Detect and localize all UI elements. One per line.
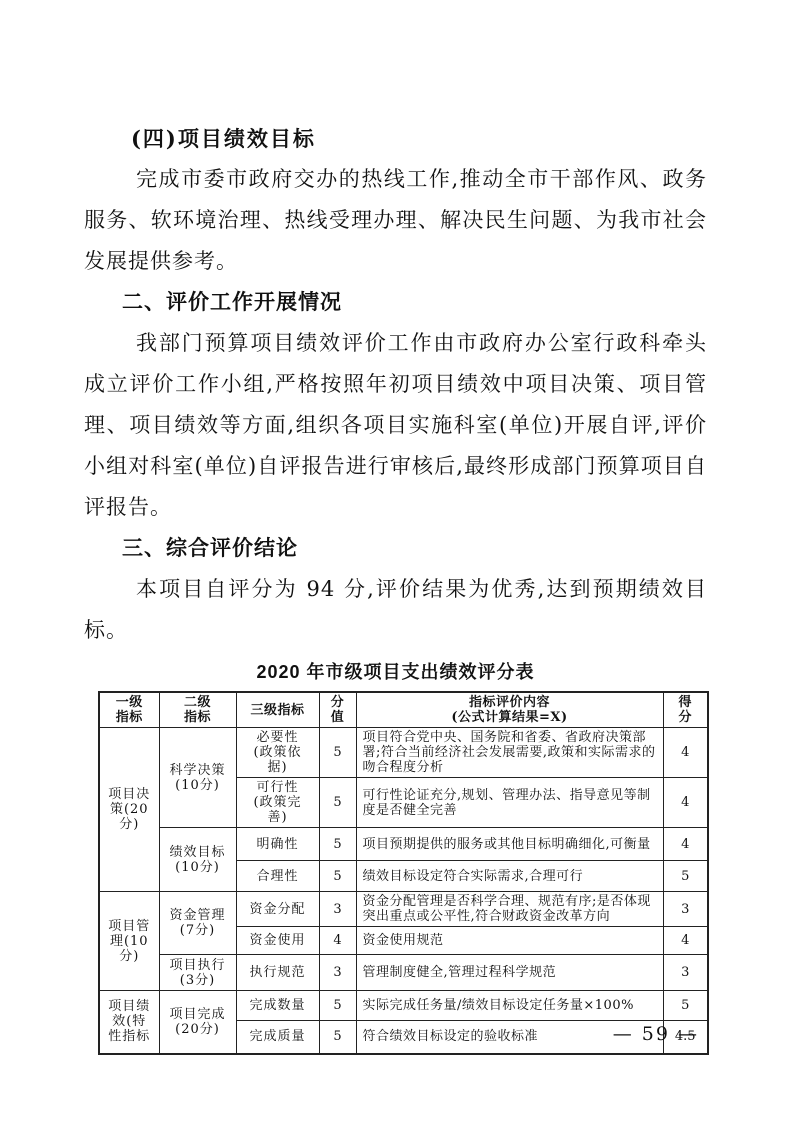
table-row: 项目管 理(10 分) 资金管理 (7分) 资金分配 3 资金分配管理是否科学合…	[99, 892, 708, 927]
value-cell: 5	[319, 728, 356, 778]
content-cell: 项目预期提供的服务或其他目标明确细化,可衡量	[356, 828, 663, 861]
indicator-cell: 完成数量	[236, 991, 319, 1021]
score-cell: 3	[663, 892, 708, 927]
content-cell: 实际完成任务量/绩效目标设定任务量×100%	[356, 991, 663, 1021]
table-header-row: 一级 指标 二级 指标 三级指标 分 值 指标评价内容 (公式计算结果=X) 得…	[99, 692, 708, 728]
level2-cell: 科学决策 (10分)	[159, 728, 236, 828]
table-row: 绩效目标 (10分) 明确性 5 项目预期提供的服务或其他目标明确细化,可衡量 …	[99, 828, 708, 861]
indicator-cell: 执行规范	[236, 955, 319, 991]
indicator-cell: 合理性	[236, 861, 319, 892]
level2-cell: 项目完成 (20分)	[159, 991, 236, 1054]
score-cell: 3	[663, 955, 708, 991]
indicator-cell: 必要性 (政策依 据)	[236, 728, 319, 778]
table-row: 项目决 策(20 分) 科学决策 (10分) 必要性 (政策依 据) 5 项目符…	[99, 728, 708, 778]
header-content: 指标评价内容 (公式计算结果=X)	[356, 692, 663, 728]
score-cell: 5	[663, 991, 708, 1021]
value-cell: 5	[319, 1021, 356, 1054]
level2-cell: 项目执行 (3分)	[159, 955, 236, 991]
value-cell: 3	[319, 955, 356, 991]
content-cell: 项目符合党中央、国务院和省委、省政府决策部署;符合当前经济社会发展需要,政策和实…	[356, 728, 663, 778]
score-cell: 4	[663, 778, 708, 828]
score-cell: 4	[663, 828, 708, 861]
value-cell: 5	[319, 778, 356, 828]
section-heading-project-goal: (四)项目绩效目标	[84, 118, 707, 159]
header-score: 得 分	[663, 692, 708, 728]
value-cell: 5	[319, 828, 356, 861]
score-cell: 5	[663, 861, 708, 892]
paragraph-evaluation-work: 我部门预算项目绩效评价工作由市政府办公室行政科牵头成立评价工作小组,严格按照年初…	[84, 323, 707, 528]
page-number: — 59 —	[613, 1022, 699, 1046]
level2-cell: 资金管理 (7分)	[159, 892, 236, 955]
value-cell: 5	[319, 861, 356, 892]
indicator-cell: 完成质量	[236, 1021, 319, 1054]
section-heading-conclusion: 三、综合评价结论	[84, 528, 707, 569]
value-cell: 5	[319, 991, 356, 1021]
indicator-cell: 资金使用	[236, 927, 319, 955]
content-cell: 资金分配管理是否科学合理、规范有序;是否体现突出重点或公平性,符合财政资金改革方…	[356, 892, 663, 927]
header-level3: 三级指标	[236, 692, 319, 728]
indicator-cell: 资金分配	[236, 892, 319, 927]
indicator-cell: 可行性 (政策完 善)	[236, 778, 319, 828]
level1-cell: 项目管 理(10 分)	[99, 892, 159, 991]
content-cell: 可行性论证充分,规划、管理办法、指导意见等制度是否健全完善	[356, 778, 663, 828]
score-cell: 4	[663, 927, 708, 955]
document-page: (四)项目绩效目标 完成市委市政府交办的热线工作,推动全市干部作风、政务服务、软…	[0, 0, 793, 1122]
value-cell: 3	[319, 892, 356, 927]
level2-cell: 绩效目标 (10分)	[159, 828, 236, 892]
score-cell: 4	[663, 728, 708, 778]
level1-cell: 项目决 策(20 分)	[99, 728, 159, 892]
section-heading-evaluation-work: 二、评价工作开展情况	[84, 282, 707, 323]
header-level2: 二级 指标	[159, 692, 236, 728]
table-row: 项目绩 效(特 性指标 项目完成 (20分) 完成数量 5 实际完成任务量/绩效…	[99, 991, 708, 1021]
value-cell: 4	[319, 927, 356, 955]
content-cell: 绩效目标设定符合实际需求,合理可行	[356, 861, 663, 892]
content-cell: 管理制度健全,管理过程科学规范	[356, 955, 663, 991]
table-title: 2020 年市级项目支出绩效评分表	[84, 657, 707, 687]
paragraph-conclusion: 本项目自评分为 94 分,评价结果为优秀,达到预期绩效目标。	[84, 569, 707, 651]
paragraph-project-goal: 完成市委市政府交办的热线工作,推动全市干部作风、政务服务、软环境治理、热线受理办…	[84, 159, 707, 282]
table-row: 项目执行 (3分) 执行规范 3 管理制度健全,管理过程科学规范 3	[99, 955, 708, 991]
score-table: 一级 指标 二级 指标 三级指标 分 值 指标评价内容 (公式计算结果=X) 得…	[98, 691, 709, 1055]
indicator-cell: 明确性	[236, 828, 319, 861]
header-level1: 一级 指标	[99, 692, 159, 728]
header-value: 分 值	[319, 692, 356, 728]
level1-cell: 项目绩 效(特 性指标	[99, 991, 159, 1054]
content-cell: 资金使用规范	[356, 927, 663, 955]
